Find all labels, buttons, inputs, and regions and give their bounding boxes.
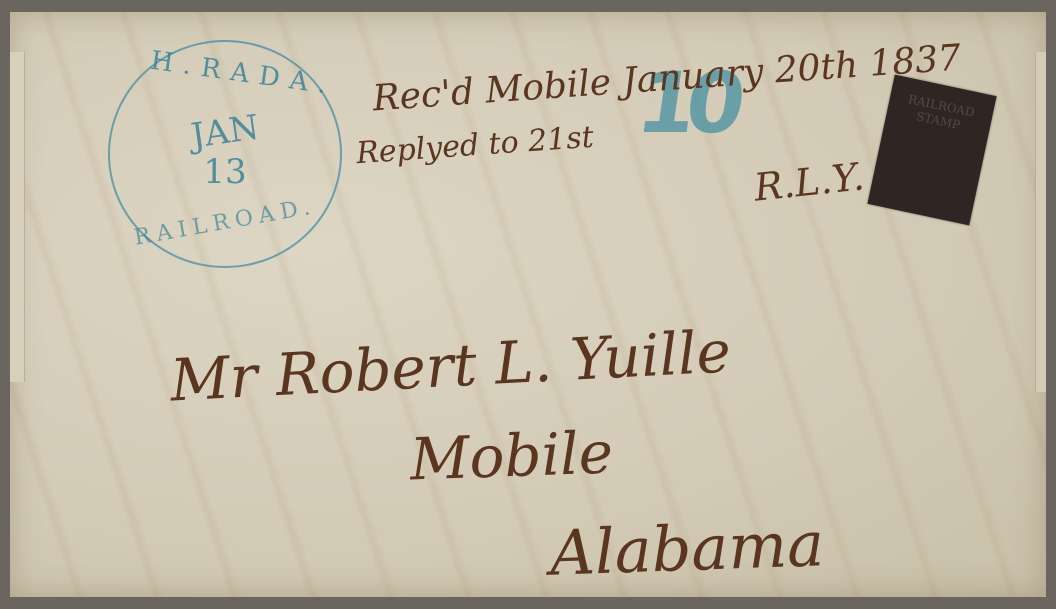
photo-scene: H.RADA. JAN 13 RAILROAD. 10 Rec'd Mobile… — [0, 0, 1056, 609]
address-name: Mr Robert L. Yuille — [169, 317, 733, 414]
left-flap — [10, 52, 25, 382]
docket-replied: Replyed to 21st — [355, 120, 595, 172]
handstamp-railroad: RAILROAD. — [129, 194, 320, 252]
handstamp-town: H.RADA. — [149, 46, 302, 97]
stamp-text: RAILROAD STAMP — [907, 92, 976, 132]
letter-cover: H.RADA. JAN 13 RAILROAD. 10 Rec'd Mobile… — [10, 12, 1046, 597]
docket-initials: R.L.Y. — [752, 154, 866, 209]
address-state: Alabama — [549, 507, 825, 590]
circular-date-handstamp: H.RADA. JAN 13 RAILROAD. — [108, 40, 342, 268]
adhesive-stamp: RAILROAD STAMP — [867, 75, 996, 226]
right-flap — [1035, 52, 1046, 392]
handstamp-day: 13 — [180, 152, 270, 192]
address-city: Mobile — [409, 418, 614, 493]
